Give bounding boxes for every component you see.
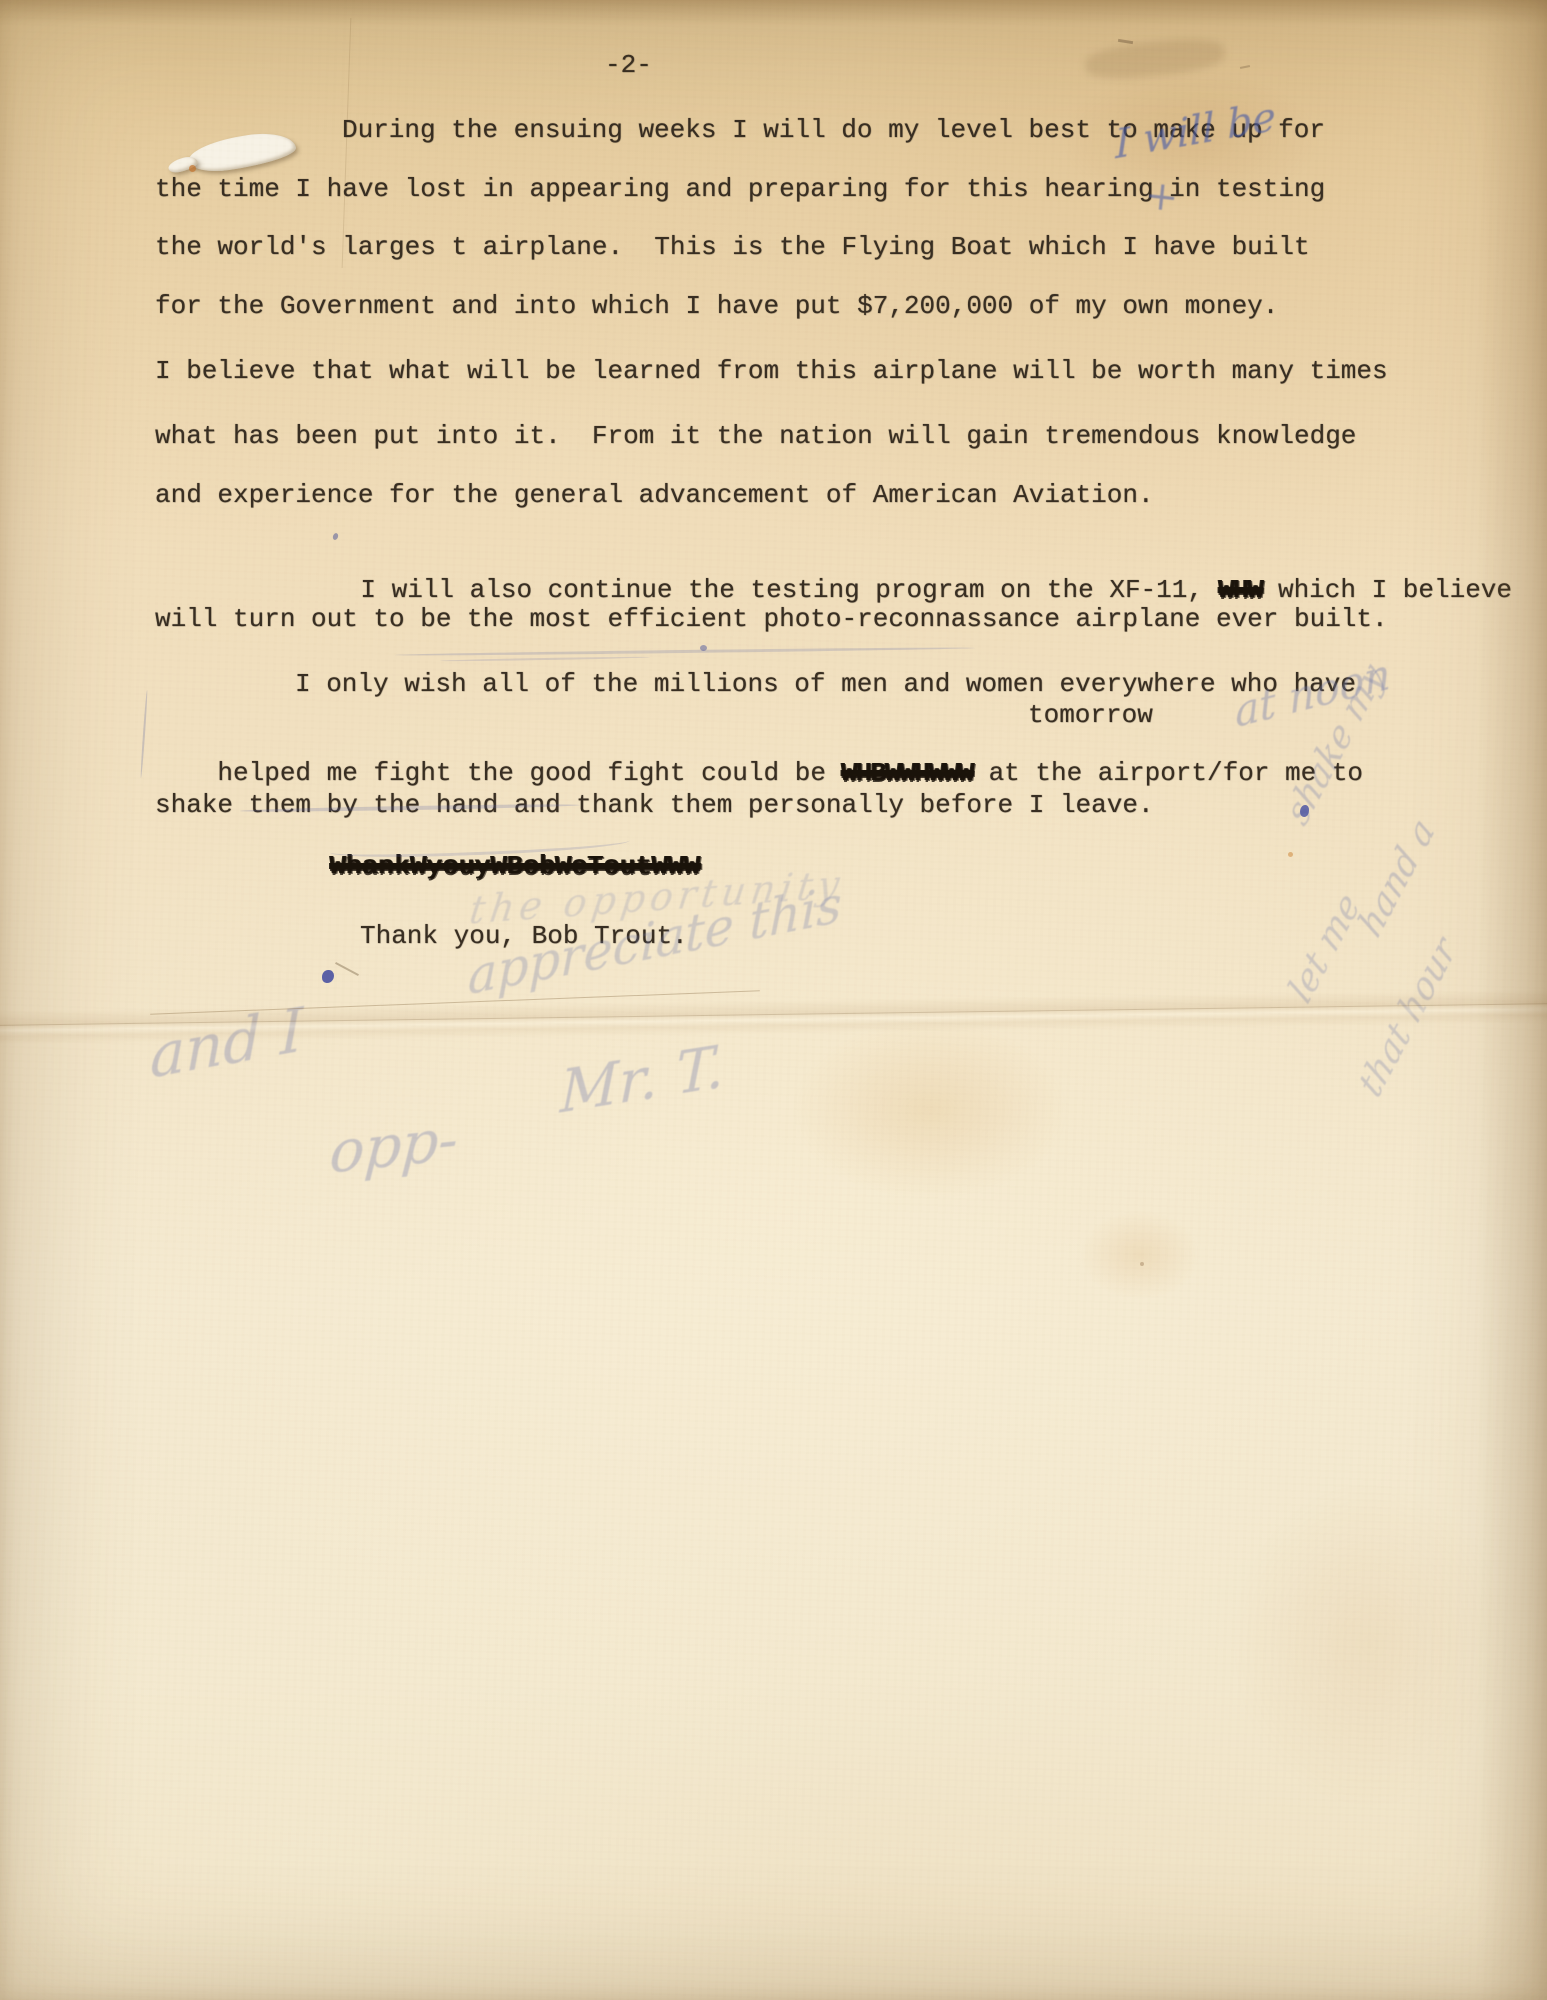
- typed-segment: I will also continue the testing program…: [360, 575, 1218, 605]
- orange-speck: [1288, 852, 1293, 857]
- stain: [1230, 1480, 1510, 1810]
- stain: [790, 1020, 1070, 1200]
- rust-speck: [189, 165, 196, 172]
- handwritten-faint-opp: opp-: [328, 1104, 461, 1186]
- pencil-smudge: [1084, 35, 1227, 83]
- handwritten-insert-will-be: I will be: [1114, 93, 1276, 168]
- struck-out-word: WHW: [1219, 575, 1263, 605]
- typed-line: I believe that what will be learned from…: [155, 356, 1388, 386]
- page-number: -2-: [605, 50, 652, 80]
- typed-line: shake them by the hand and thank them pe…: [155, 790, 1154, 820]
- handwritten-margin-scrawl: that hour: [1352, 929, 1465, 1105]
- ink-dot: [700, 645, 707, 651]
- letter-page: -2- During the ensuing weeks I will do m…: [0, 0, 1547, 2000]
- typed-line: and experience for the general advanceme…: [155, 480, 1154, 510]
- dark-speck: [1240, 65, 1250, 69]
- typed-segment: which I believe: [1262, 575, 1512, 605]
- handwritten-faint-and-i: and I: [150, 994, 303, 1092]
- paper-tear-fleck: [167, 155, 199, 175]
- stain: [1080, 1210, 1200, 1300]
- typed-line: what has been put into it. From it the n…: [155, 421, 1356, 451]
- struck-out-word: WHBWWHWWW: [842, 758, 973, 788]
- handwritten-caret-mark: +: [1143, 172, 1181, 221]
- ink-stroke: [140, 690, 148, 778]
- handwritten-margin-scrawl: hand a: [1352, 810, 1443, 945]
- dark-speck: [1118, 39, 1133, 44]
- handwritten-margin-scrawl: let me: [1282, 885, 1368, 1011]
- page-edge-shading: [0, 0, 1547, 26]
- typed-insert-tomorrow: tomorrow: [1028, 700, 1153, 730]
- ink-smear: [440, 656, 650, 662]
- typed-line: the world's larges t airplane. This is t…: [155, 232, 1310, 262]
- page-edge-shading: [1477, 0, 1547, 2000]
- ink-fleck: [332, 532, 339, 540]
- handwritten-faint-mr-t: Mr. T.: [559, 1031, 724, 1126]
- ink-smear: [395, 646, 975, 656]
- typed-line: will turn out to be the most efficient p…: [155, 604, 1388, 634]
- typed-segment: helped me fight the good fight could be: [217, 758, 841, 788]
- paper-tear: [186, 129, 297, 176]
- typed-line: for the Government and into which I have…: [155, 291, 1278, 321]
- ink-blot-tail: [335, 962, 359, 976]
- dark-speck: [1140, 1262, 1144, 1266]
- ink-blot: [322, 970, 334, 983]
- typed-line: I only wish all of the millions of men a…: [295, 669, 1356, 699]
